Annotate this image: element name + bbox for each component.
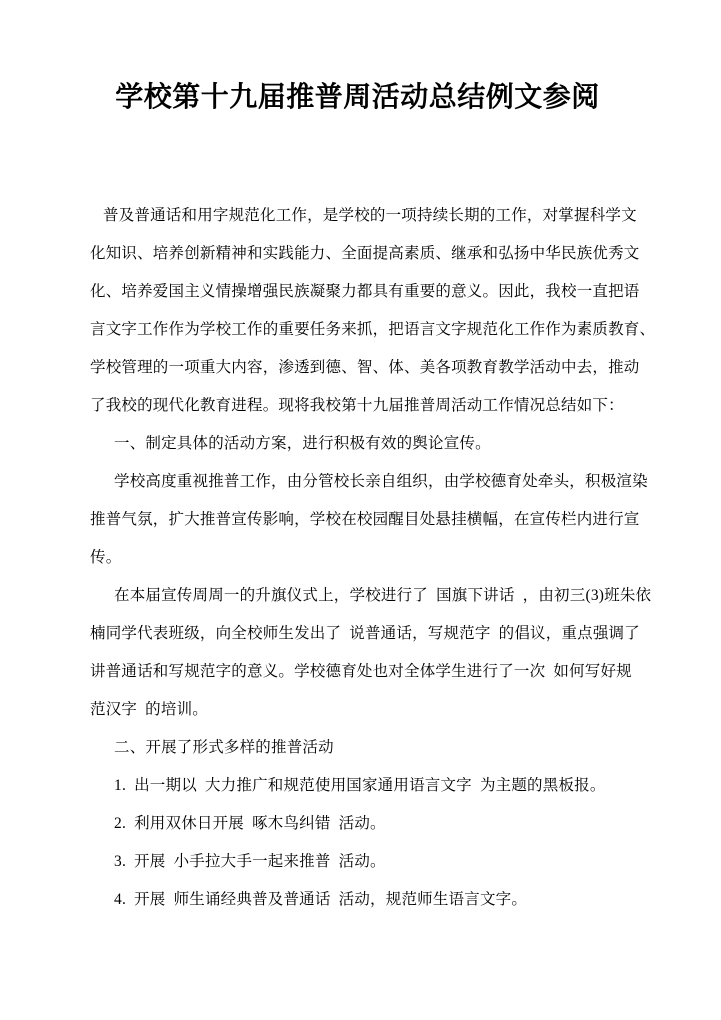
text-line: 传。 xyxy=(90,539,625,577)
text-line: 一、制定具体的活动方案，进行积极有效的舆论宣传。 xyxy=(90,425,625,463)
document-title: 学校第十九届推普周活动总结例文参阅 xyxy=(0,0,721,118)
list-item-2: 2. 利用双休日开展 啄木鸟纠错 活动。 xyxy=(90,805,625,843)
text-line: 3. 开展 小手拉大手一起来推普 活动。 xyxy=(90,843,625,881)
document-body: 普及普通话和用字规范化工作，是学校的一项持续长期的工作，对掌握科学文 化知识、培… xyxy=(0,197,721,919)
text-line: 二、开展了形式多样的推普活动 xyxy=(90,729,625,767)
list-item-3: 3. 开展 小手拉大手一起来推普 活动。 xyxy=(90,843,625,881)
list-item-1: 1. 出一期以 大力推广和规范使用国家通用语言文字 为主题的黑板报。 xyxy=(90,767,625,805)
text-line: 2. 利用双休日开展 啄木鸟纠错 活动。 xyxy=(90,805,625,843)
paragraph-publicity: 学校高度重视推普工作，由分管校长亲自组织，由学校德育处牵头，积极渲染 推普气氛，… xyxy=(90,463,625,577)
text-line: 了我校的现代化教育进程。现将我校第十九届推普周活动工作情况总结如下： xyxy=(90,387,625,425)
list-item-4: 4. 开展 师生诵经典普及普通话 活动，规范师生语言文字。 xyxy=(90,881,625,919)
text-line: 化知识、培养创新精神和实践能力、全面提高素质、继承和弘扬中华民族优秀文 xyxy=(90,235,625,273)
text-line: 学校管理的一项重大内容，渗透到德、智、体、美各项教育教学活动中去，推动 xyxy=(90,349,625,387)
text-line: 楠同学代表班级，向全校师生发出了 说普通话，写规范字 的倡议，重点强调了 xyxy=(90,615,625,653)
section-heading-1: 一、制定具体的活动方案，进行积极有效的舆论宣传。 xyxy=(90,425,625,463)
document-page: 学校第十九届推普周活动总结例文参阅 普及普通话和用字规范化工作，是学校的一项持续… xyxy=(0,0,721,1020)
text-line: 言文字工作作为学校工作的重要任务来抓，把语言文字规范化工作作为素质教育、 xyxy=(90,311,625,349)
section-heading-2: 二、开展了形式多样的推普活动 xyxy=(90,729,625,767)
text-line: 1. 出一期以 大力推广和规范使用国家通用语言文字 为主题的黑板报。 xyxy=(90,767,625,805)
text-line: 学校高度重视推普工作，由分管校长亲自组织，由学校德育处牵头，积极渲染 xyxy=(90,463,625,501)
text-line: 4. 开展 师生诵经典普及普通话 活动，规范师生语言文字。 xyxy=(90,881,625,919)
paragraph-flag-ceremony: 在本届宣传周周一的升旗仪式上，学校进行了 国旗下讲话 ，由初三(3)班朱依 楠同… xyxy=(90,577,625,729)
text-line: 化、培养爱国主义情操增强民族凝聚力都具有重要的意义。因此，我校一直把语 xyxy=(90,273,625,311)
text-line: 在本届宣传周周一的升旗仪式上，学校进行了 国旗下讲话 ，由初三(3)班朱依 xyxy=(90,577,625,615)
text-line: 推普气氛，扩大推普宣传影响，学校在校园醒目处悬挂横幅，在宣传栏内进行宣 xyxy=(90,501,625,539)
text-line: 普及普通话和用字规范化工作，是学校的一项持续长期的工作，对掌握科学文 xyxy=(90,197,625,235)
text-line: 讲普通话和写规范字的意义。学校德育处也对全体学生进行了一次 如何写好规 xyxy=(90,653,625,691)
text-line: 范汉字 的培训。 xyxy=(90,691,625,729)
paragraph-intro: 普及普通话和用字规范化工作，是学校的一项持续长期的工作，对掌握科学文 化知识、培… xyxy=(90,197,625,425)
